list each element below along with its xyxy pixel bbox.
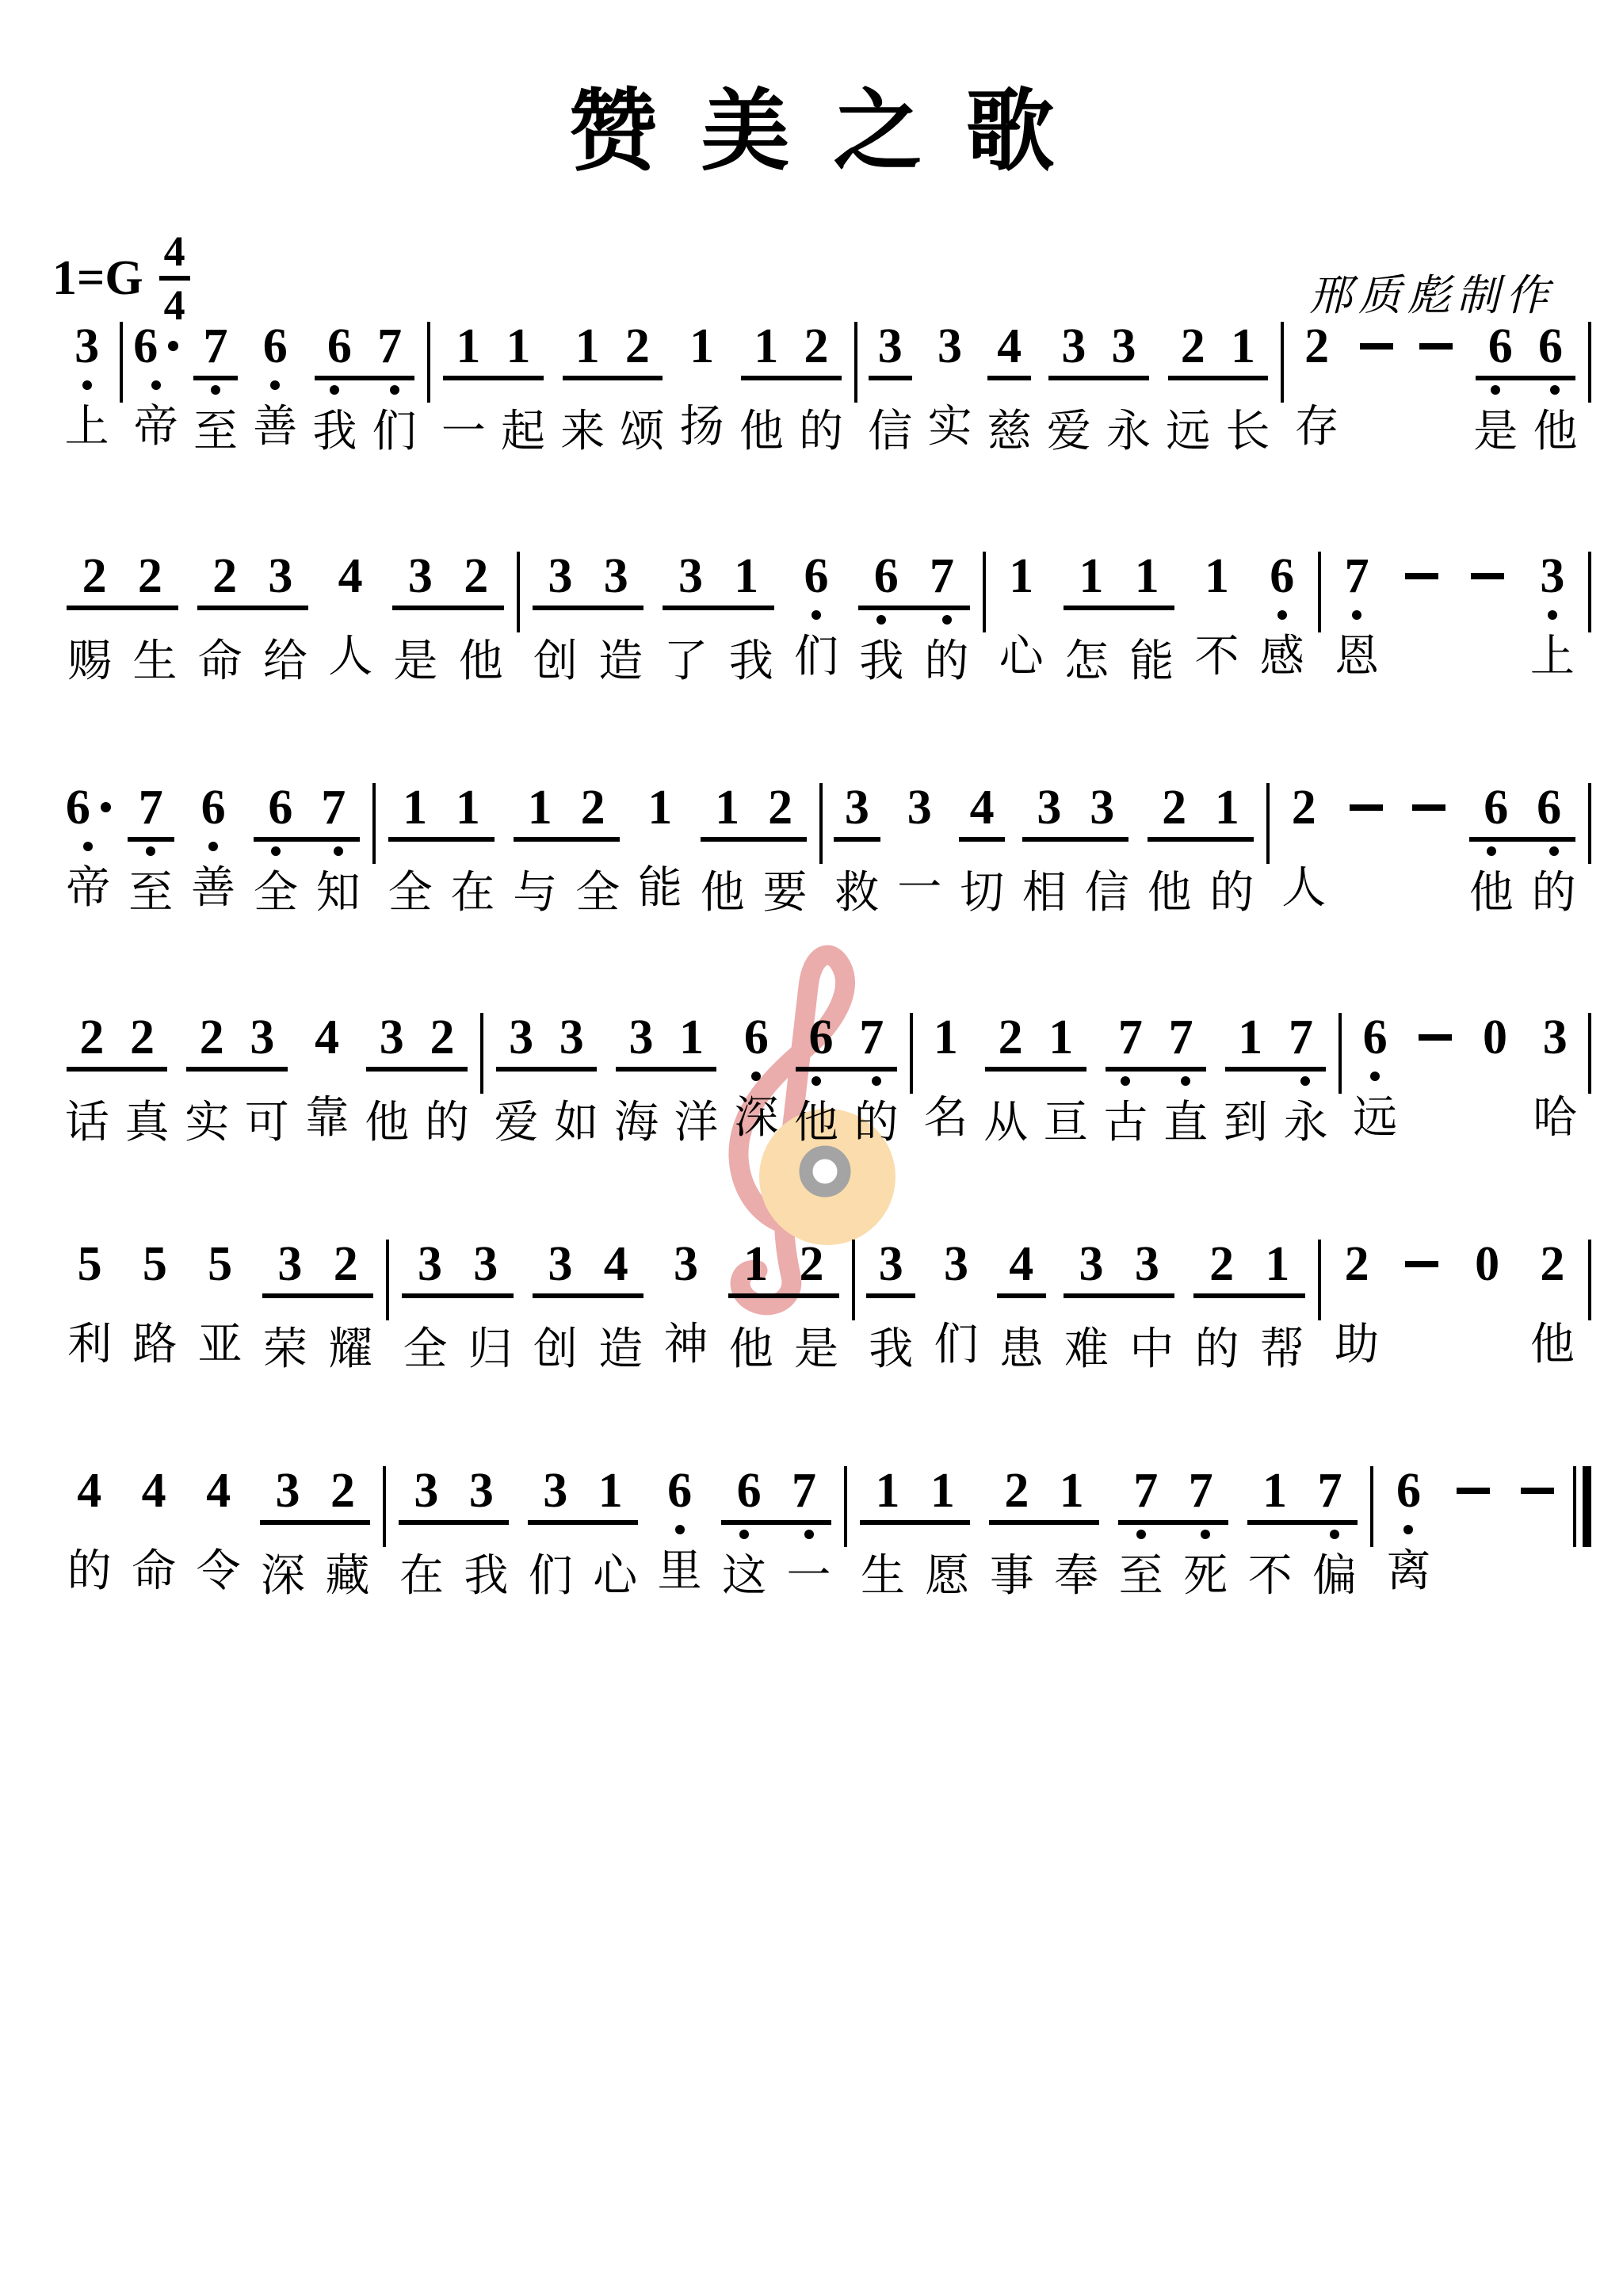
note-number: 1 xyxy=(734,550,758,602)
octave-dot-row xyxy=(1405,1067,1465,1087)
octave-dot-slot xyxy=(315,1525,380,1545)
octave-dot-slot xyxy=(250,1525,315,1545)
lyric-syllable: 至 xyxy=(120,869,182,919)
lyric-row: 他要 xyxy=(691,869,816,919)
beam-group: 33全归 xyxy=(392,1238,523,1376)
barline xyxy=(1585,1013,1594,1094)
note-slot: 7 xyxy=(1106,1011,1156,1064)
note-value: 6 xyxy=(726,1011,786,1067)
note-slot: 7 xyxy=(846,1011,897,1064)
lyric-syllable: 善 xyxy=(182,864,245,915)
lyric-syllable: 们 xyxy=(518,1552,582,1603)
note-cell: 3实 xyxy=(920,320,980,453)
beamed-notes: 23 xyxy=(197,550,309,610)
lyric-row: 靠 xyxy=(297,1094,357,1144)
lyric-row xyxy=(1406,403,1465,453)
lyric-syllable: 帝 xyxy=(126,403,185,453)
octave-dot-slot xyxy=(1044,1525,1109,1545)
lyric-syllable: 们 xyxy=(784,632,849,683)
note-slot xyxy=(1389,550,1454,579)
lyric-syllable: 的 xyxy=(1184,1325,1249,1376)
beamed-notes: 3 xyxy=(834,781,880,842)
note-slot: 3 xyxy=(496,1011,547,1064)
note-number: 7 xyxy=(930,550,954,602)
octave-dot-slot xyxy=(357,1072,417,1092)
beamed-notes: 17 xyxy=(1225,1011,1326,1072)
octave-dot-slot xyxy=(57,1072,117,1092)
lyric-row: 怎能 xyxy=(1054,637,1185,688)
note-value: 6 xyxy=(246,320,305,376)
lyric-syllable: 颂 xyxy=(613,407,672,458)
beam-group: 32荣耀 xyxy=(253,1238,384,1376)
lyric-syllable: 他 xyxy=(1520,1320,1585,1371)
note-value: 1 xyxy=(672,320,731,376)
lyric-syllable: 利 xyxy=(57,1320,122,1371)
lyric-row xyxy=(1441,1547,1505,1598)
beamed-notes: 31 xyxy=(663,550,774,610)
note-slot: 4 xyxy=(588,1238,643,1290)
note-number: 2 xyxy=(1304,320,1329,372)
note-value: 4 xyxy=(297,1011,357,1067)
beamed-notes: 4 xyxy=(959,781,1006,842)
octave-dot-row xyxy=(1454,606,1519,626)
octave-dot-row xyxy=(858,1298,923,1319)
octave-dot-row xyxy=(188,1293,253,1314)
note-cell: 3神 xyxy=(653,1238,718,1371)
note-value: 1 xyxy=(989,550,1054,606)
note-slot: 3 xyxy=(1022,781,1075,834)
lyric-syllable xyxy=(1405,1094,1465,1144)
beam-group: 32他的 xyxy=(357,1011,476,1149)
lyric-row: 他的 xyxy=(1138,869,1263,919)
lyric-row: 们 xyxy=(784,632,849,683)
octave-dot-slot xyxy=(1273,837,1335,858)
lyric-syllable: 一 xyxy=(777,1552,841,1603)
octave-dot-slot xyxy=(777,1525,841,1545)
lyric-syllable: 是 xyxy=(1466,407,1526,458)
note-slot: 3 xyxy=(1048,320,1098,372)
note-slot: 1 xyxy=(915,1465,970,1517)
note-slot: 2 xyxy=(1273,781,1335,834)
note-slot xyxy=(1454,550,1519,579)
note-slot: 3 xyxy=(616,1011,666,1064)
note-slot: 4 xyxy=(318,550,383,602)
time-signature: 4 4 xyxy=(159,228,190,328)
lyric-row: 路 xyxy=(122,1320,187,1371)
lyric-syllable: 帝 xyxy=(57,864,120,915)
beamed-notes: 34 xyxy=(533,1238,644,1298)
octave-dot-row xyxy=(888,837,951,858)
lyric-row: 深藏 xyxy=(250,1552,380,1603)
lyric-syllable: 起 xyxy=(493,407,552,458)
lyric-syllable: 不 xyxy=(1238,1552,1302,1603)
note-slot: 1 xyxy=(1247,1465,1302,1517)
note-cell: 1不 xyxy=(1184,550,1249,683)
note-number: 3 xyxy=(1540,550,1564,602)
octave-dot-slot xyxy=(1138,842,1201,862)
beam-group: 12他要 xyxy=(691,781,816,919)
note-slot: 7 xyxy=(1302,1465,1357,1517)
note-slot: 3 xyxy=(528,1465,582,1517)
note-number: 1 xyxy=(1135,550,1159,602)
octave-dot-row xyxy=(1520,1293,1585,1314)
note-slot: 4 xyxy=(959,781,1006,834)
octave-dot-slot xyxy=(1346,376,1406,396)
octave-dot-slot xyxy=(1406,376,1465,396)
beam-group: 32是他 xyxy=(383,550,514,688)
note-cell: 4靠 xyxy=(297,1011,357,1144)
octave-dot-row xyxy=(1184,1298,1315,1319)
note-slot: 7 xyxy=(365,320,414,372)
lyric-syllable: 亘 xyxy=(1036,1098,1096,1149)
melody-row: 22赐生23命给4人32是他33创造31了我6们67我的1心11怎能1不6感7恩… xyxy=(57,550,1594,688)
augmentation-dot xyxy=(101,802,111,812)
augmentation-dot xyxy=(168,341,178,351)
barline xyxy=(514,552,523,632)
note-slot: 1 xyxy=(916,1011,976,1064)
octave-dot-slot xyxy=(731,380,791,401)
octave-dot-row xyxy=(629,837,692,858)
note-value: 2 xyxy=(1287,320,1346,376)
lyric-row: 亚 xyxy=(188,1320,253,1371)
lyric-syllable: 深 xyxy=(726,1094,786,1144)
note-cell: 1名 xyxy=(916,1011,976,1144)
lyric-syllable: 洋 xyxy=(666,1098,727,1149)
barline-stroke xyxy=(1588,783,1591,864)
note-slot: 6 xyxy=(1377,1465,1441,1517)
octave-dot-row xyxy=(487,1072,606,1092)
octave-dot-slot xyxy=(518,1525,582,1545)
beamed-notes: 7 xyxy=(193,320,237,380)
note-slot: 1 xyxy=(1250,1238,1305,1290)
note-value: 3 xyxy=(653,1238,718,1293)
note-slot: 3 xyxy=(1119,1238,1174,1290)
lyric-syllable: 实 xyxy=(920,403,980,453)
octave-dot-slot xyxy=(1054,610,1119,631)
note-slot: 2 xyxy=(985,1011,1036,1064)
octave-dot-row xyxy=(297,1067,357,1087)
lyric-row: 远 xyxy=(1345,1094,1405,1144)
barline-stroke xyxy=(517,552,520,632)
lyric-row: 到永 xyxy=(1216,1098,1335,1149)
duration-dash xyxy=(1419,343,1453,350)
octave-dot-slot xyxy=(57,376,116,396)
note-slot: 1 xyxy=(493,320,543,372)
lyric-syllable: 他 xyxy=(1460,869,1522,919)
lyric-syllable xyxy=(1397,864,1460,915)
octave-dot-slot xyxy=(1465,1067,1526,1087)
note-cell: 6感 xyxy=(1250,550,1315,683)
note-value: 6 xyxy=(1377,1465,1441,1520)
note-number: 1 xyxy=(754,320,778,372)
note-value: 5 xyxy=(122,1238,187,1293)
beam-group: 67这一 xyxy=(712,1465,841,1603)
note-slot: 2 xyxy=(122,550,178,602)
note-cell: 6帝 xyxy=(126,320,185,453)
octave-dot-row xyxy=(712,1525,841,1545)
lyric-row: 们心 xyxy=(518,1552,647,1603)
lyric-row: 全归 xyxy=(392,1325,523,1376)
octave-dot-row xyxy=(57,1520,121,1541)
note-number: 6 xyxy=(809,1011,834,1064)
octave-dot-row xyxy=(920,376,980,396)
note-cell: 7至 xyxy=(185,320,245,458)
note-number: 4 xyxy=(77,1465,101,1517)
note-slot: 2 xyxy=(449,550,504,602)
note-number: 3 xyxy=(1061,320,1086,372)
note-slot: 7 xyxy=(1276,1011,1327,1064)
low-octave-dot xyxy=(872,1076,881,1086)
note-value xyxy=(1346,320,1406,376)
duration-dash xyxy=(1360,343,1393,350)
lyric-row: 实可 xyxy=(177,1098,296,1149)
note-number: 4 xyxy=(206,1465,231,1517)
note-number: 3 xyxy=(1079,1238,1104,1290)
low-octave-dot xyxy=(82,380,92,390)
lyric-syllable: 偏 xyxy=(1302,1552,1366,1603)
note-slot: 2 xyxy=(1520,1238,1585,1290)
octave-dot-slot xyxy=(923,1293,988,1314)
beamed-notes: 21 xyxy=(1193,1238,1305,1298)
beamed-notes: 32 xyxy=(260,1465,370,1525)
lyric-row xyxy=(1335,864,1398,915)
octave-dot-row xyxy=(518,1525,647,1545)
duration-dash xyxy=(1471,573,1504,579)
lyric-row: 们 xyxy=(923,1320,988,1371)
octave-dot-row xyxy=(850,1525,980,1545)
beamed-notes: 4 xyxy=(997,1238,1046,1298)
note-number: 3 xyxy=(543,1465,567,1517)
note-cell: 6善 xyxy=(182,781,245,915)
note-number: 2 xyxy=(138,550,162,602)
note-slot: 1 xyxy=(719,550,774,602)
note-number: 6 xyxy=(1538,320,1563,372)
note-number: 1 xyxy=(506,320,531,372)
low-octave-dot xyxy=(739,1530,749,1539)
lyric-syllable: 名 xyxy=(916,1094,976,1144)
lyric-row: 全在 xyxy=(379,869,504,919)
lyric-syllable xyxy=(1441,1547,1505,1598)
barline-stroke xyxy=(1588,1013,1591,1094)
lyric-syllable: 在 xyxy=(441,869,504,919)
note-slot: 3 xyxy=(834,781,880,834)
low-octave-dot xyxy=(1403,1525,1413,1534)
lyric-syllable: 心 xyxy=(989,632,1054,683)
lyric-row: 利 xyxy=(57,1320,122,1371)
note-number: 3 xyxy=(678,550,703,602)
note-slot: 0 xyxy=(1454,1238,1519,1290)
note-value: 2 xyxy=(1273,781,1335,837)
note-cell: 6离 xyxy=(1377,1465,1441,1598)
beamed-notes: 4 xyxy=(987,320,1031,380)
note-number: 3 xyxy=(418,1238,442,1290)
beamed-notes: 12 xyxy=(741,320,841,380)
beamed-notes: 11 xyxy=(860,1465,970,1525)
note-number: 2 xyxy=(212,550,237,602)
octave-dot-row xyxy=(1109,1525,1238,1545)
octave-dot-slot xyxy=(1075,842,1138,862)
octave-dot-slot xyxy=(588,1298,653,1319)
lyric-syllable: 的 xyxy=(846,1098,907,1149)
note-slot: 1 xyxy=(1044,1465,1099,1517)
octave-dot-slot xyxy=(57,837,120,858)
note-cell: 3救 xyxy=(826,781,888,919)
time-signature-upper: 4 xyxy=(159,228,190,281)
octave-dot-slot xyxy=(246,376,305,396)
barline-stroke xyxy=(1338,1013,1342,1094)
note-slot: 2 xyxy=(1193,1238,1249,1290)
lyric-row: 的 xyxy=(57,1547,121,1598)
staff-line-2: 22赐生23命给4人32是他33创造31了我6们67我的1心11怎能1不6感7恩… xyxy=(57,550,1594,688)
lyric-syllable: 我 xyxy=(454,1552,518,1603)
octave-dot-slot xyxy=(719,1298,784,1319)
octave-dot-row xyxy=(1465,1067,1526,1087)
lyric-row: 神 xyxy=(653,1320,718,1371)
note-slot: 6 xyxy=(254,781,307,834)
lyric-syllable xyxy=(1406,403,1465,453)
beam-group: 32深藏 xyxy=(250,1465,380,1603)
note-slot: 7 xyxy=(1118,1465,1173,1517)
note-number: 5 xyxy=(143,1238,167,1290)
low-octave-dot xyxy=(1487,846,1496,856)
octave-dot-row xyxy=(719,1298,850,1319)
note-cell: 3上 xyxy=(57,320,116,453)
octave-dot-slot xyxy=(653,1293,718,1314)
octave-dot-row xyxy=(849,610,980,631)
lyric-row: 善 xyxy=(246,403,305,453)
note-slot: 3 xyxy=(1525,1011,1585,1064)
note-slot: 3 xyxy=(262,1238,318,1290)
barline xyxy=(1263,783,1273,864)
note-value: 6 xyxy=(57,781,120,837)
low-octave-dot xyxy=(1548,610,1557,620)
octave-dot-row xyxy=(553,380,672,401)
low-octave-dot xyxy=(804,1530,814,1539)
lyric-row: 不 xyxy=(1184,632,1249,683)
lyric-syllable: 从 xyxy=(976,1098,1036,1149)
beamed-notes: 77 xyxy=(1118,1465,1228,1525)
octave-dot-slot xyxy=(1460,842,1522,862)
beam-group: 31海洋 xyxy=(606,1011,726,1149)
beamed-notes: 12 xyxy=(563,320,663,380)
note-value xyxy=(1406,320,1465,376)
octave-dot-slot xyxy=(1250,606,1315,626)
lyric-row: 命 xyxy=(121,1547,185,1598)
note-number: 7 xyxy=(859,1011,884,1064)
note-slot: 1 xyxy=(728,1238,784,1290)
lyric-syllable: 上 xyxy=(1520,632,1585,683)
octave-dot-slot xyxy=(392,1298,457,1319)
note-slot: 7 xyxy=(1324,550,1389,602)
lyric-row: 至 xyxy=(185,407,245,458)
octave-dot-row xyxy=(186,1520,250,1541)
note-number: 3 xyxy=(1543,1011,1568,1064)
note-slot: 2 xyxy=(989,1465,1044,1517)
note-number: 6 xyxy=(737,1465,762,1517)
low-octave-dot xyxy=(1370,1072,1380,1081)
note-number: 2 xyxy=(1209,1238,1234,1290)
note-number: 1 xyxy=(689,320,714,372)
barline-stroke xyxy=(1318,1240,1321,1320)
note-value xyxy=(1335,781,1398,837)
note-slot: 6 xyxy=(1469,781,1522,834)
note-slot: 3 xyxy=(1520,550,1585,602)
note-slot xyxy=(1397,781,1460,811)
duration-dash xyxy=(1405,573,1438,579)
octave-dot-row xyxy=(1389,606,1454,626)
low-octave-dot xyxy=(334,846,343,856)
octave-dot-row xyxy=(523,1298,654,1319)
note-number: 7 xyxy=(1345,550,1369,602)
gray-ring xyxy=(806,1152,844,1190)
note-slot: 2 xyxy=(567,781,620,834)
lyric-row: 荣耀 xyxy=(253,1325,384,1376)
octave-dot-row xyxy=(1460,842,1585,862)
staff-line-1: 3上6帝7至6善67我们11一起12来颂1扬12他的3信3实4慈33爱永21远长… xyxy=(57,320,1594,458)
note-cell: 3信 xyxy=(861,320,920,458)
note-slot: 6 xyxy=(858,550,914,602)
melody-row: 4的4命4令32深藏33在我31们心6里67这一11生愿21事奉77至死17不偏… xyxy=(57,1465,1594,1603)
note-slot: 7 xyxy=(128,781,174,834)
octave-dot-row xyxy=(250,1525,380,1545)
lyric-row: 我们 xyxy=(305,407,424,458)
octave-dot-slot xyxy=(126,376,185,396)
octave-dot-row xyxy=(177,1072,296,1092)
beamed-notes: 22 xyxy=(67,550,178,610)
note-slot: 1 xyxy=(388,781,441,834)
lyric-row xyxy=(1389,632,1454,683)
lyric-row: 至 xyxy=(120,869,182,919)
octave-dot-row xyxy=(916,1067,976,1087)
lyric-syllable: 信 xyxy=(861,407,920,458)
note-number: 3 xyxy=(559,1011,584,1064)
key-signature: 1=G 4 4 xyxy=(52,228,190,328)
octave-dot-row xyxy=(253,1298,384,1319)
octave-dot-row xyxy=(672,376,731,396)
lyric-syllable: 是 xyxy=(784,1325,849,1376)
lyric-syllable: 心 xyxy=(583,1552,647,1603)
note-number: 3 xyxy=(1090,781,1114,834)
octave-dot-row xyxy=(1345,1067,1405,1087)
note-slot: 4 xyxy=(186,1465,250,1517)
lyric-row: 远长 xyxy=(1159,407,1277,458)
note-slot: 2 xyxy=(315,1465,370,1517)
note-slot: 3 xyxy=(533,550,588,602)
octave-dot-slot xyxy=(1522,842,1585,862)
note-cell: 2人 xyxy=(1273,781,1335,915)
lyric-syllable: 他 xyxy=(1526,407,1585,458)
octave-dot-row xyxy=(392,1298,523,1319)
note-number: 6 xyxy=(1488,320,1513,372)
note-number: 0 xyxy=(1475,1238,1499,1290)
note-number: 3 xyxy=(907,781,932,834)
octave-dot-row xyxy=(784,606,849,626)
lyric-syllable: 相 xyxy=(1013,869,1075,919)
note-cell: 4慈 xyxy=(980,320,1039,458)
octave-dot-slot xyxy=(726,1067,786,1087)
beam-group: 31们心 xyxy=(518,1465,647,1603)
beamed-notes: 12 xyxy=(514,781,620,842)
note-value: 3 xyxy=(1525,1011,1585,1067)
barline xyxy=(1585,322,1594,403)
lyric-row: 海洋 xyxy=(606,1098,726,1149)
octave-dot-slot xyxy=(1302,1525,1366,1545)
beamed-notes: 21 xyxy=(989,1465,1099,1525)
lyric-row xyxy=(1506,1547,1570,1598)
octave-dot-slot xyxy=(188,1293,253,1314)
note-cell: 0 xyxy=(1465,1011,1526,1144)
beam-group: 21他的 xyxy=(1138,781,1263,919)
